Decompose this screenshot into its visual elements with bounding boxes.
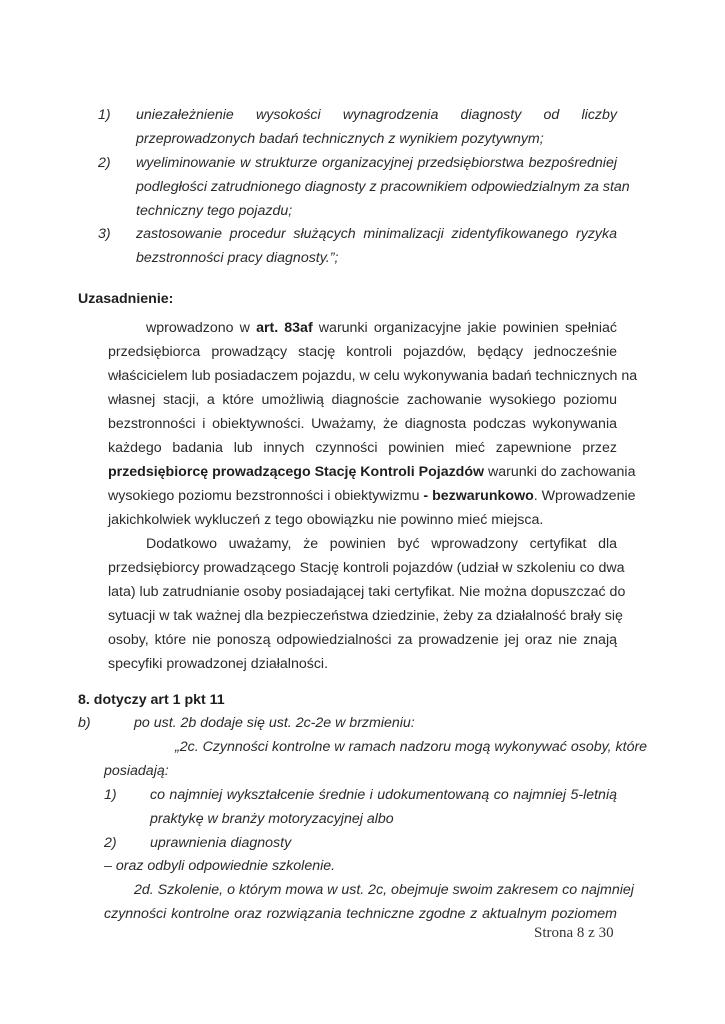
text-line: – oraz odbyli odpowiednie szkolenie.: [104, 857, 335, 875]
text-line: każdego badania lub innych czynności pow…: [108, 439, 617, 457]
text-line: bezstronności i obiektywności. Uważamy, …: [108, 415, 617, 433]
text-line: lata) lub zatrudnianie osoby posiadające…: [108, 583, 617, 601]
text-line: Dodatkowo uważamy, że powinien być wprow…: [146, 535, 617, 553]
list-marker: 2): [104, 834, 117, 852]
list-marker: 1): [98, 106, 111, 124]
justification-heading: Uzasadnienie:: [78, 290, 173, 308]
list-item-1-line-2: przeprowadzonych badań technicznych z wy…: [136, 130, 544, 148]
text-line: 2d. Szkolenie, o którym mowa w ust. 2c, …: [134, 881, 617, 899]
text-line: właścicielem lub posiadaczem pojazdu, w …: [108, 367, 617, 385]
list-item-line: praktykę w branży motoryzacyjnej albo: [150, 810, 394, 828]
text-line: wysokiego poziomu bezstronności i obiekt…: [108, 487, 617, 505]
list-item-2-line-1: wyeliminowanie w strukturze organizacyjn…: [136, 154, 617, 172]
list-item-line: co najmniej wykształcenie średnie i udok…: [150, 786, 617, 804]
text-line: własnej stacji, a które umożliwią diagno…: [108, 391, 617, 409]
list-item-line: uprawnienia diagnosty: [150, 834, 291, 852]
text-line: specyfiki prowadzonej działalności.: [108, 655, 328, 673]
text-line: przedsiębiorcę prowadzącego Stację Kontr…: [108, 463, 617, 481]
list-marker: b): [78, 714, 91, 732]
list-item-3-line-2: bezstronności pracy diagnosty.”;: [136, 249, 338, 267]
list-marker: 2): [98, 154, 111, 172]
list-marker: 3): [98, 225, 111, 243]
list-marker: 1): [104, 786, 117, 804]
text-line: przedsiębiorcy prowadzącego Stację kontr…: [108, 559, 617, 577]
list-item-3-line-1: zastosowanie procedur służących minimali…: [136, 225, 617, 243]
list-item-2-line-2: podległości zatrudnionego diagnosty z pr…: [136, 178, 617, 196]
text-line: „2c. Czynności kontrolne w ramach nadzor…: [175, 738, 617, 756]
text-line: jakichkolwiek wykluczeń z tego obowiązku…: [108, 511, 543, 529]
list-item-1-line-1: uniezałeżnienie wysokości wynagrodzenia …: [136, 106, 617, 124]
text-line: osoby, które nie ponoszą odpowiedzialnoś…: [108, 631, 617, 649]
text-line: czynności kontrolne oraz rozwiązania tec…: [104, 905, 617, 923]
section-8-b-text: po ust. 2b dodaje się ust. 2c-2e w brzmi…: [134, 714, 415, 732]
list-item-2-line-3: techniczny tego pojazdu;: [136, 202, 292, 220]
text-line: wprowadzono w art. 83af warunki organiza…: [146, 319, 617, 337]
page-number: Strona 8 z 30: [534, 925, 614, 942]
section-8-heading: 8. dotyczy art 1 pkt 11: [78, 691, 225, 709]
text-line: posiadają:: [104, 762, 169, 780]
text-line: sytuacji w tak ważnej dla bezpieczeństwa…: [108, 607, 617, 625]
text-line: przedsiębiorca prowadzący stację kontrol…: [108, 343, 617, 361]
